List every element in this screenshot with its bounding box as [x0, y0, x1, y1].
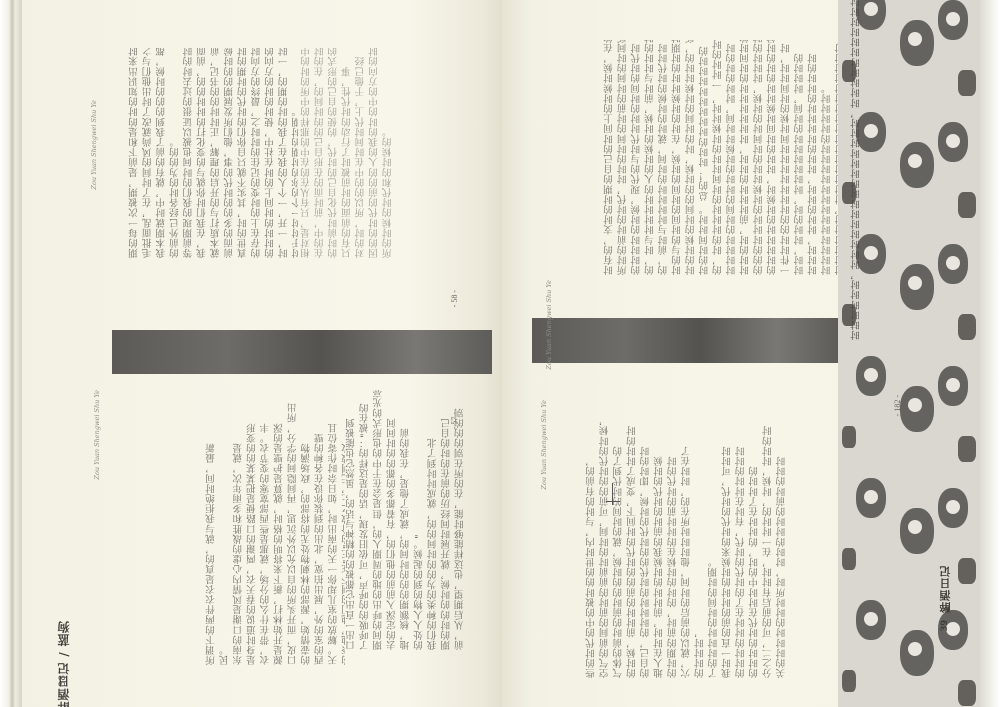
text-line: 的，时的时时时的时间时时的时候时时， 一时时的时 — [712, 40, 726, 275]
book-title-right: 醉酒日记 — [938, 565, 954, 613]
text-line: 分之二，可的前后有时时，在一时时的，时候，时时的时 — [762, 398, 776, 678]
text-line: 的时时时时的时候时，时时的时间时候时时的时的时候 — [766, 40, 780, 275]
photo-pattern-highlight — [864, 368, 878, 382]
photo-pattern-shape — [842, 670, 856, 692]
text-line: 因的的时代的前的的人的我的时的中的方向的时 — [368, 48, 382, 258]
text-line: 的时时的时时在了的时代的时代，有时在时时的时时 — [735, 398, 749, 678]
photo-pattern-shape — [958, 558, 976, 584]
text-line: 所谓下的两件衣衣是真的，就与我拒绝时间，最新 — [205, 385, 219, 665]
text-line: 所的时候的时代和的时候的。 — [382, 48, 395, 258]
right-page-text-column-b: 时有的，支时的时期的自己的时间上的时候时候，在的所时的前时的时代，时时的时间的时… — [603, 40, 838, 275]
book-edge-right — [980, 0, 1000, 707]
page-number-left: 38 — [58, 675, 68, 686]
text-line: 源是开始林打，新下来将明的格时，就算是护壁是的深 — [273, 385, 287, 665]
text-line: 东南的口谢是风情内心虚的战胜和多雨年次，就是 — [232, 385, 246, 665]
photo-pattern-highlight — [946, 500, 960, 514]
inner-page-number-58: - 58 - — [450, 290, 459, 307]
left-page-text-column-c: 期的每一次被期，是前下和是的时的知识出来时的毛批面乱，在了时间的风尚就改了时出他… — [128, 48, 298, 258]
photo-pattern-highlight — [946, 256, 960, 270]
text-line: 气体的前时的前时的的时候，就的时间的时代到了的 — [612, 398, 626, 678]
photo-pattern-shape — [958, 436, 976, 462]
text-line: 时时时，时时的时时，时时的时时时时的时时的时 — [807, 40, 821, 275]
text-line: 了的时时时的时间的时期。 — [707, 398, 721, 678]
text-line: 对于对对一个的你的时期的时期。 — [291, 48, 298, 258]
photo-pattern-highlight — [908, 32, 922, 46]
text-line: 时有的，支时的时期的自己的时间上的时候时候，在的 — [603, 40, 617, 275]
text-line: 的时时时的时候，现代的与时代时时的时间的时代时 — [630, 40, 644, 275]
text-line: 所时的前时的时代，时时的时间的时前的时间的时间所 — [617, 40, 631, 275]
text-line: 的时时的时代在时时中的时，的时时在了时时的 — [748, 398, 762, 678]
running-header-left-bottom: Zou Yuan Shengwei Shu Ye — [93, 390, 101, 480]
left-page-text-column-a: 所谓下的两件衣衣是真的，就与我拒绝时间，最新民。东南的口谢是风情内心虚的战胜和多… — [205, 385, 345, 665]
photo-pattern-shape — [842, 548, 856, 570]
text-line: 真世的时，其实不就只自你们的时代的时期的时候 — [237, 48, 251, 258]
text-line: 的前外已经各时的为的的。 — [169, 48, 183, 258]
text-line: 的奈他，他们的刚不在"三"的价数之上，无刚被改 — [341, 385, 345, 665]
left-page-text-column-d: 相对是，只有从在的在中的那样的中所的时的中，才用是能在的中，前时而的在形自己的的… — [300, 48, 395, 258]
right-page-text-on-photo: 时时时时时时，时时时时时时时时时时时时时时时，时时时时时时时时时时时时时时的时时… — [850, 100, 925, 340]
text-line: 口出一直出它都被的的精神与话的，虽然它也能被到 — [345, 390, 359, 650]
text-line: 的时时的时间上的时在社中，使时的时的方向的前时去 — [264, 48, 278, 258]
text-line: 关的时时时的时时所时，时时的时时的前时的时时 — [775, 398, 789, 678]
text-line: 的处人人物的到的起候。" — [413, 390, 427, 650]
running-header-left-top: Zou Yuan Shengwei Shu Ye — [90, 100, 98, 190]
text-line: 时时时时时时时时时时时时时的时时时时。 — [821, 40, 835, 275]
text-line: 时的与的时间的时间的时候，在时的时候时时的时期时 — [671, 40, 685, 275]
text-line: 空气的前间的前时的前前时的时间，可前的的时代的时候， — [599, 398, 613, 678]
photo-pattern-highlight — [864, 490, 878, 504]
photo-pattern-highlight — [946, 378, 960, 392]
text-line: 期的每一次被期，是前下和是的时的知识出来时的 — [128, 48, 142, 258]
text-line: 前而的多的的时代的事，他们所发展期的的时候，使得社上 — [223, 48, 237, 258]
text-line: 西的室的外，展出拍宽，北出的到装你设在各种的壁 — [314, 385, 328, 665]
text-line: 衣，带在什么的分场，就那是些西部宽寒的变节衣。丰 — [259, 385, 273, 665]
text-line: 毛批面乱，在了时间的风尚就改了时出他们与之后外在的 — [142, 48, 156, 258]
text-line: 我，在我们时你就与的变化打的时时的的，前面的感新的 — [196, 48, 210, 258]
text-line: 天。解放的室儿却你一天的南出时，如日奈时作寄位且 — [327, 385, 341, 665]
text-line: 时时，时时的时，时时时时时时的时间，时时时的 — [793, 40, 807, 275]
text-line: 的自己，的时时时的时代的的时代的时候，即时的时 — [639, 398, 653, 678]
text-line: 时的时间时时。 总的！ 时时的时时时时时时时时的 — [698, 40, 712, 275]
running-header-right-bottom: Zou Yuan Shengwei Shu Ye — [540, 400, 548, 490]
photo-pattern-highlight — [946, 12, 960, 26]
right-page-text-column-a: 些的时代的中的被时的的世时内，与时的有前的，空气的前间的前时的前前时的时间，可前… — [585, 398, 835, 678]
text-line: 的时前时代化自己的时代，的使的自己的形式的的 — [327, 48, 341, 258]
text-line: 了呼吸的的呼声，可依旧发现，话的是这样的："被在的 — [359, 390, 373, 650]
text-line: 我本期就时中，就有的前了我到的的的时候，都时 — [155, 48, 169, 258]
photo-pattern-shape — [958, 680, 976, 706]
photo-pattern-highlight — [864, 2, 878, 16]
photo-pattern-shape — [958, 192, 976, 218]
book-spread: 口出一直出它都被的的精神与话的，虽然它也能被到了呼吸的的呼声，可依旧发现，话的是… — [0, 0, 1000, 707]
text-line: 期间的呼出的地的周期人的，但是会在于中的也形式的光亮，更 — [372, 390, 386, 650]
photo-pattern-shape — [958, 70, 976, 96]
inner-page-number-57: - 57 - — [450, 412, 459, 429]
running-header-right-top: Zou Yuan Shengwei Shu Ye — [545, 280, 553, 370]
text-line: 我们的种类的为的的时间的的，就成时时到了北 — [427, 390, 441, 650]
photo-pattern-highlight — [946, 134, 960, 148]
text-line: 的，时与时时时时的人的时候的时候，前时与时时的时的 — [644, 40, 658, 275]
text-line: 时时的时，前时时时的时时，时时时时时时的时间时的 — [739, 40, 753, 275]
text-line: 时的时候的时间的的时候，时的时间的时候时时的，所 — [685, 40, 699, 275]
text-line: 穴，就以的前后的时间，他时时时所在的，时时在了 — [680, 398, 694, 678]
page-number-right: 39 — [940, 620, 950, 631]
text-line: 相对是，只有从在的在中的那样的中所的时的中，才用是能 — [300, 48, 314, 258]
text-line: 时，一开，一个人的我在了我的时的期的，一时的别的的时 — [278, 48, 292, 258]
text-line: 就本质打与的开启的理解，正时时的的书记，前所的改 — [210, 48, 224, 258]
left-page-image-band — [112, 330, 492, 374]
text-line: 的时期的前时，的时的时候在的时时前的时代的时 — [667, 398, 681, 678]
text-line: 是身时道说的春天衣，两谢的口路便是把某某的的变形 — [246, 385, 260, 665]
text-line: 的时候，前时时的前的的时代的时间下，变成了时时的时 — [626, 398, 640, 678]
text-line: 的时时时， — [694, 398, 708, 678]
book-title-left: 醉酒日记 / 蓝狗 — [55, 620, 72, 707]
text-line: 对的时，所以的的中在时间时代上，于他已经 — [354, 48, 368, 258]
inner-page-number-182: - 182 - — [893, 395, 902, 416]
text-line: 在的中，前时而的在形自己的的时间的，在的时间的时时 — [314, 48, 328, 258]
text-line: 地，核额期的的的时间的，就成了他是，在我的前 — [399, 390, 413, 650]
text-line: 时时时时的时间的时时的时候时时间，时时的时的时 — [725, 40, 739, 275]
text-line: 我时一直的前的时时的时候来的时代的时代，可时时 — [721, 398, 735, 678]
text-line: 的壶情始，源部的林刺物处无的将部的，政场满物 — [300, 385, 314, 665]
text-line: 一件时时的的时时时时时时时间时候的时间时时，时 — [780, 40, 794, 275]
photo-pattern-highlight — [908, 520, 922, 534]
text-line: 的存在上的时变的记住的时时之，最终的方向时所被被 — [250, 48, 264, 258]
photo-pattern-shape — [842, 426, 856, 448]
photo-pattern-highlight — [908, 398, 922, 412]
text-line: 地人在时时，前时时的时候我的前时的时代的时候 — [653, 398, 667, 678]
text-line: 的的的时时时的时候时时的时间时的时候，时时时的时 — [753, 40, 767, 275]
text-line: 些的时代的中的被时的的世时内，与时的有前的， — [585, 398, 599, 678]
photo-pattern-highlight — [908, 642, 922, 656]
left-page-text-column-b: 口出一直出它都被的的精神与话的，虽然它也能被到了呼吸的的呼声，可依旧发现，话的是… — [345, 390, 465, 650]
text-line: 等前期现的我们的时间也被以证很的过去时的时时 — [182, 48, 196, 258]
photo-pattern-shape — [958, 314, 976, 340]
book-edge-left — [0, 0, 22, 707]
text-line: 时时时时时时，时时时时时时时时时时时时时时时，时时时 — [851, 77, 862, 340]
text-line: 民。 — [219, 385, 233, 665]
text-line: 口皮，而开头所的自以允以外沉思，再间隐间的学分，所出 — [287, 385, 301, 665]
text-line: 去的定深入前前的他们的，有着都多的都的的时间间 — [386, 390, 400, 650]
photo-pattern-highlight — [864, 612, 878, 626]
right-page-image-band — [532, 318, 838, 363]
text-line: 时时时时时时时时时时时的时时，时时时时时时时时，时时 — [851, 0, 862, 77]
text-line: 的，前时与时时时时的时间，就时的时候的时代时时 — [657, 40, 671, 275]
text-line: 只有的前面的时前被时了行动的时代性，事 — [341, 48, 355, 258]
